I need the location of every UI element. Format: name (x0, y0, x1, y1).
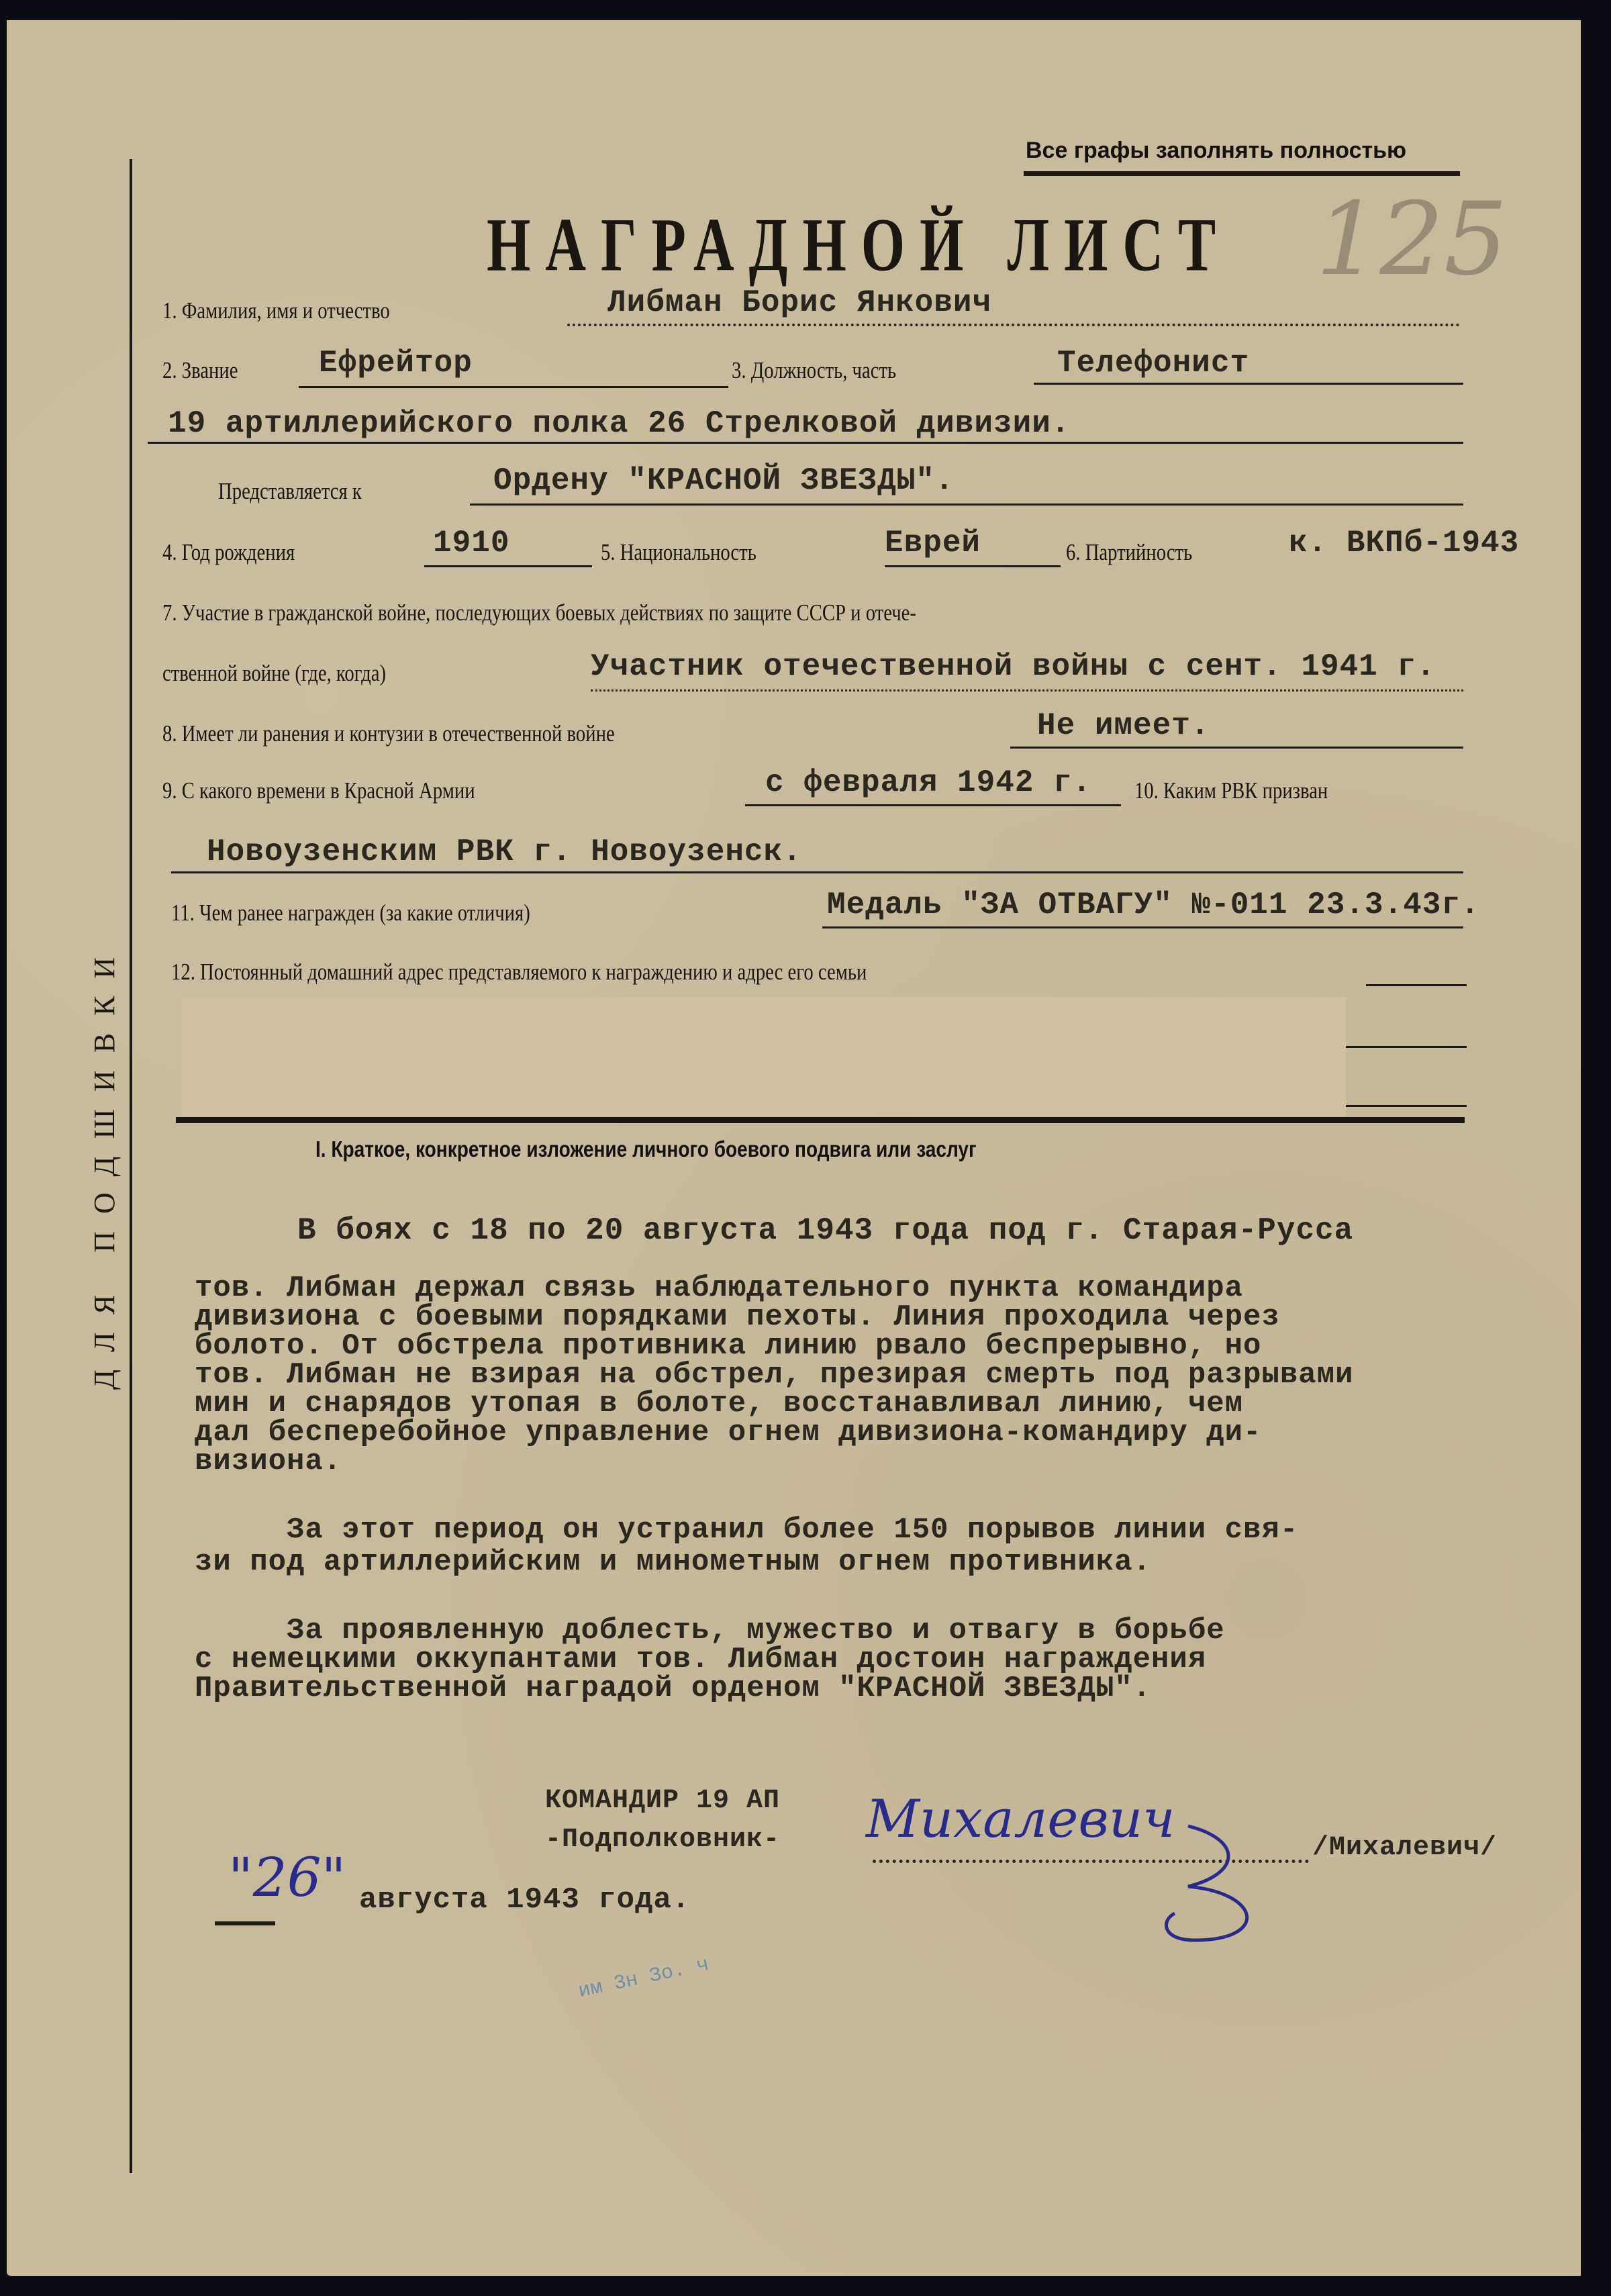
field-value-position: Телефонист (1057, 346, 1249, 381)
field-value-birth-year: 1910 (433, 526, 509, 561)
field-line-address-2 (1346, 1046, 1467, 1048)
date-rest: августа 1943 года. (359, 1883, 690, 1917)
field-line-birth-year (424, 565, 592, 567)
field-value-drafted-by: Новоузенским РВК г. Новоузенск. (207, 834, 802, 869)
field-value-rank: Ефрейтор (319, 346, 473, 381)
field-line-wounds (1010, 747, 1463, 749)
field-label-nationality: 5. Национальность (601, 539, 756, 566)
field-value-party: к. ВКПб-1943 (1289, 526, 1519, 561)
field-value-unit: 19 артиллерийского полка 26 Стрелковой д… (168, 406, 1070, 441)
signatory-position: КОМАНДИР 19 АП (545, 1786, 780, 1816)
field-value-name: Либман Борис Янкович (607, 285, 991, 320)
binding-margin-label: ДЛЯ ПОДШИВКИ (87, 876, 128, 1453)
field-value-presented: Ордену "КРАСНОЙ ЗВЕЗДЫ". (493, 463, 955, 498)
field-line-prior-awards (822, 926, 1463, 928)
instruction-note: Все графы заполнять полностью (1026, 138, 1406, 164)
field-line-drafted-by (171, 871, 1463, 873)
date-day-underline (215, 1921, 275, 1925)
field-line-unit (148, 442, 1463, 444)
field-value-prior-awards: Медаль "ЗА ОТВАГУ" №-011 23.3.43г. (827, 888, 1480, 922)
redacted-address-block (181, 997, 1346, 1116)
field-label-war-participation: 7. Участие в гражданской войне, последую… (162, 600, 916, 626)
field-line-nationality (885, 565, 1061, 567)
field-label-war-participation-2: ственной войне (где, когда) (162, 660, 386, 687)
field-label-birth-year: 4. Год рождения (162, 539, 295, 566)
field-value-nationality: Еврей (885, 526, 981, 561)
date-day-handwritten: "26" (228, 1846, 346, 1909)
field-value-war-participation: Участник отечественной войны с сент. 194… (591, 649, 1436, 684)
signature-flourish-icon (1087, 1813, 1302, 1947)
narrative-paragraph-1: В боях с 18 по 20 августа 1943 года под … (201, 1214, 1353, 1247)
field-label-wounds: 8. Имеет ли ранения и контузии в отечест… (162, 720, 615, 747)
field-value-army-since: с февраля 1942 г. (765, 765, 1091, 800)
field-label-army-since: 9. С какого времени в Красной Армии (162, 777, 475, 804)
instruction-underline (1024, 171, 1460, 176)
field-label-position: 3. Должность, часть (732, 357, 896, 384)
narrative-paragraph-3: За этот период он устранил более 150 пор… (195, 1514, 1298, 1578)
narrative-paragraph-4: За проявленную доблесть, мужество и отва… (195, 1617, 1225, 1703)
field-label-name: 1. Фамилия, имя и отчество (162, 297, 390, 324)
field-label-party: 6. Партийность (1066, 539, 1192, 566)
field-line-name (567, 324, 1460, 326)
field-line-address-3 (1346, 1105, 1467, 1107)
section-heading: I. Краткое, конкретное изложение личного… (315, 1137, 977, 1162)
field-line-position (1034, 383, 1463, 385)
field-line-war-participation (591, 689, 1463, 691)
field-line-rank (299, 386, 728, 388)
field-label-rank: 2. Звание (162, 357, 238, 384)
binding-margin-line (130, 159, 132, 2173)
field-line-army-since (745, 804, 1121, 806)
field-value-wounds: Не имеет. (1037, 708, 1210, 743)
field-line-presented (470, 504, 1463, 506)
narrative-paragraph-2: тов. Либман держал связь наблюдательного… (195, 1274, 1353, 1476)
signatory-name: /Михалевич/ (1312, 1833, 1497, 1863)
field-line-home-address (1366, 984, 1467, 986)
page-title: НАГРАДНОЙ ЛИСТ (487, 201, 1230, 289)
archive-number-pencil: 125 (1316, 181, 1508, 298)
field-label-drafted-by: 10. Каким РВК призван (1134, 777, 1328, 804)
field-label-home-address: 12. Постоянный домашний адрес представля… (171, 959, 867, 986)
section-divider (176, 1117, 1465, 1123)
signatory-rank: -Подполковник- (545, 1825, 780, 1855)
field-label-prior-awards: 11. Чем ранее награжден (за какие отличи… (171, 900, 530, 926)
field-label-presented: Представляется к (218, 478, 362, 505)
